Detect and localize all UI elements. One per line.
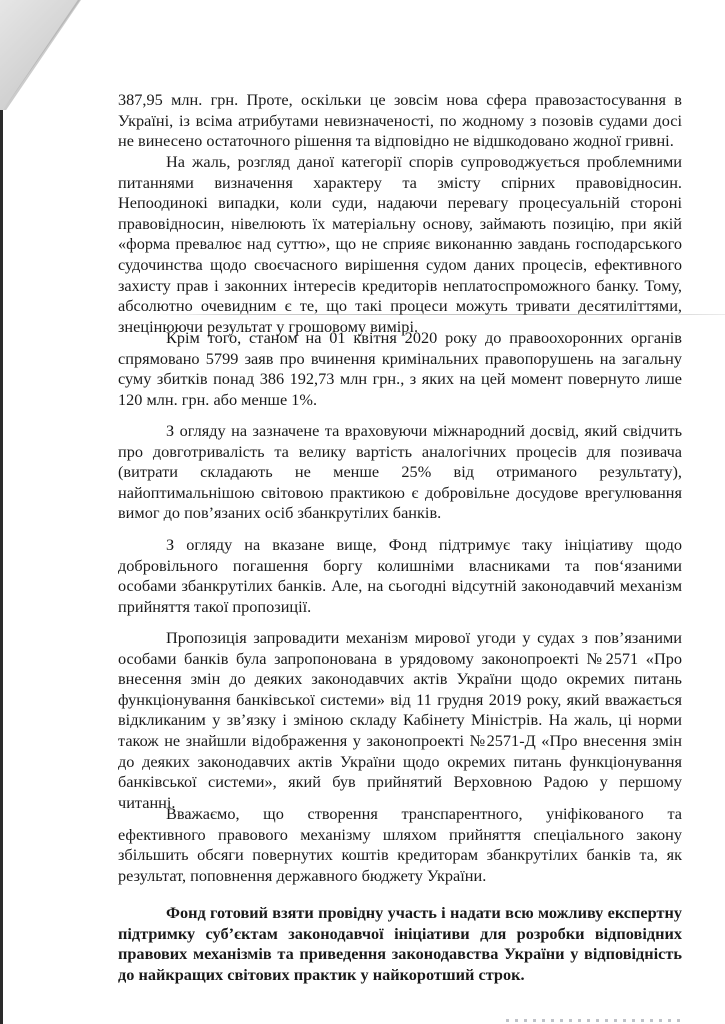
text-line: Вважаємо, що створення транспарентного, … (118, 804, 682, 825)
text-line: відкликаним у зв’язку і зміною складу Ка… (118, 710, 682, 731)
text-line: правових механізмів та приведення законо… (118, 944, 682, 965)
paragraph-losses-intro: 387,95 млн. грн. Проте, оскільки це зовс… (118, 90, 682, 152)
text-line: внесення змін до деяких законодавчих акт… (118, 669, 682, 690)
text-line: На жаль, розгляд даної категорії спорів … (118, 152, 682, 173)
text-line: банківської системи», який був прийнятий… (118, 772, 682, 793)
text-line: прийняття такої пропозиції. (118, 597, 682, 618)
text-line: З огляду на вказане вище, Фонд підтримує… (118, 535, 682, 556)
text-line: також не знайшли відображення у законопр… (118, 731, 682, 752)
text-line: вимог до пов’язаних осіб збанкрутілих ба… (118, 503, 682, 524)
text-line: правовідносин, нівелюють їх матеріальну … (118, 214, 682, 235)
paragraph-fund-readiness: Фонд готовий взяти провідну участь і над… (118, 903, 682, 985)
text-line: спрямовано 5799 заяв про вчинення кримін… (118, 349, 682, 370)
text-line: (витрати складають не менше 25% від отри… (118, 462, 682, 483)
text-line: захисту прав і законних інтересів кредит… (118, 276, 682, 297)
text-line: функціонування банківської системи» від … (118, 690, 682, 711)
text-line: Фонд готовий взяти провідну участь і над… (118, 903, 682, 924)
text-line: особами збанкрутілих банків. Але, на сьо… (118, 576, 682, 597)
text-line: 120 млн. грн. або менше 1%. (118, 390, 682, 411)
text-line: особами банків була запропонована в уряд… (118, 649, 682, 670)
text-line: Непоодинокі випадки, коли суди, надаючи … (118, 193, 682, 214)
text-line: 387,95 млн. грн. Проте, оскільки це зовс… (118, 90, 682, 111)
text-line: Крім того, станом на 01 квітня 2020 року… (118, 328, 682, 349)
text-line: найоптимальнішою світовою практикою є до… (118, 483, 682, 504)
text-line: підтримку суб’єктам законодавчої ініціат… (118, 924, 682, 945)
paragraph-dispute-issues: На жаль, розгляд даної категорії спорів … (118, 152, 682, 337)
paragraph-fund-support: З огляду на вказане вище, Фонд підтримує… (118, 535, 682, 617)
text-line: абсолютно очевидним є те, що такі процес… (118, 296, 682, 317)
scan-footer-marks (506, 1019, 686, 1022)
scan-left-border (0, 0, 3, 1024)
paragraph-international-experience: З огляду на зазначене та враховуючи міжн… (118, 421, 682, 524)
text-line: Україні, із всіма атрибутами невизначено… (118, 111, 682, 132)
text-line: про довготривалість та велику вартість а… (118, 442, 682, 463)
text-line: Пропозиція запровадити механізм мирової … (118, 628, 682, 649)
text-line: до найкращих світових практик у найкорот… (118, 965, 682, 986)
paragraph-settlement-proposal: Пропозиція запровадити механізм мирової … (118, 628, 682, 813)
text-line: результат, поповнення державного бюджету… (118, 866, 682, 887)
paragraph-criminal-statements: Крім того, станом на 01 квітня 2020 року… (118, 328, 682, 410)
text-line: судочинства щодо своєчасного вирішення с… (118, 255, 682, 276)
text-line: добровільного погашення боргу колишніми … (118, 556, 682, 577)
text-line: ефективного правового механізму шляхом п… (118, 825, 682, 846)
text-line: не винесено остаточного рішення та відпо… (118, 131, 682, 152)
text-line: збільшить обсяги повернутих коштів креди… (118, 845, 682, 866)
paragraph-transparent-mechanism: Вважаємо, що створення транспарентного, … (118, 804, 682, 886)
text-line: «форма превалює над суттю», що не сприяє… (118, 234, 682, 255)
text-line: суму збитків понад 386 192,73 млн грн., … (118, 369, 682, 390)
text-line: З огляду на зазначене та враховуючи міжн… (118, 421, 682, 442)
text-line: до деяких законодавчих актів України щод… (118, 752, 682, 773)
text-line: питаннями визначення характеру та змісту… (118, 173, 682, 194)
